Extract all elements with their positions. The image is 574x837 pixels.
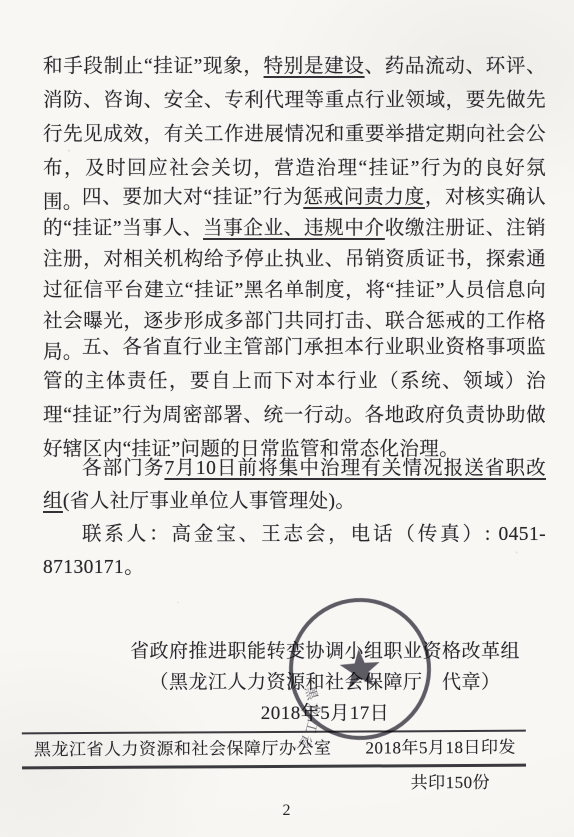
- signature-org-line: 省政府推进职能转变协调小组职业资格改革组: [88, 636, 562, 667]
- page-number: 2: [0, 802, 574, 820]
- signature-date-line: 2018年5月17日: [88, 698, 562, 729]
- underlined-text-segment: 当事企业、违规中介: [203, 218, 385, 239]
- text-segment: 联系人：高金宝、王志会，电话（传真）: 0451-87130171。: [43, 524, 546, 578]
- body-paragraph-4: 各部门务7月10日前将集中治理有关情况报送省职改组(省人社厅事业单位人事管理处)…: [43, 452, 546, 518]
- footer-office: 黑龙江省人力资源和社会保障厅办公室: [34, 737, 332, 763]
- text-segment: 和手段制止“挂证”现象，: [43, 56, 264, 77]
- text-segment: (省人社厅事业单位人事管理处)。: [63, 491, 355, 512]
- signature-block: 省政府推进职能转变协调小组职业资格改革组 （黑龙江人力资源和社会保障厅 代章） …: [88, 636, 562, 729]
- text-segment: 各部门务: [82, 458, 164, 479]
- body-paragraph-3: 五、各省直行业主管部门承担本行业职业资格事项监管的主体责任，要自上而下对本行业（…: [43, 331, 546, 467]
- document-footer: 黑龙江省人力资源和社会保障厅办公室 2018年5月18日印发 共印150份: [22, 730, 526, 796]
- footer-print-date: 2018年5月18日印发: [365, 736, 516, 761]
- footer-copies: 共印150份: [22, 766, 526, 796]
- underlined-text-segment: 惩戒问责力度: [303, 187, 425, 208]
- contact-line: 联系人：高金宝、王志会，电话（传真）: 0451-87130171。: [43, 518, 546, 584]
- signature-agency-line: （黑龙江人力资源和社会保障厅 代章）: [88, 667, 562, 698]
- scanned-document-page: 和手段制止“挂证”现象，特别是建设、药品流动、环评、消防、咨询、安全、专利代理等…: [0, 0, 574, 837]
- text-segment: 五、各省直行业主管部门承担本行业职业资格事项监管的主体责任，要自上而下对本行业（…: [43, 337, 546, 460]
- text-segment: 四、要加大对“挂证”行为: [82, 187, 303, 208]
- underlined-text-segment: 特别是建设: [264, 56, 365, 77]
